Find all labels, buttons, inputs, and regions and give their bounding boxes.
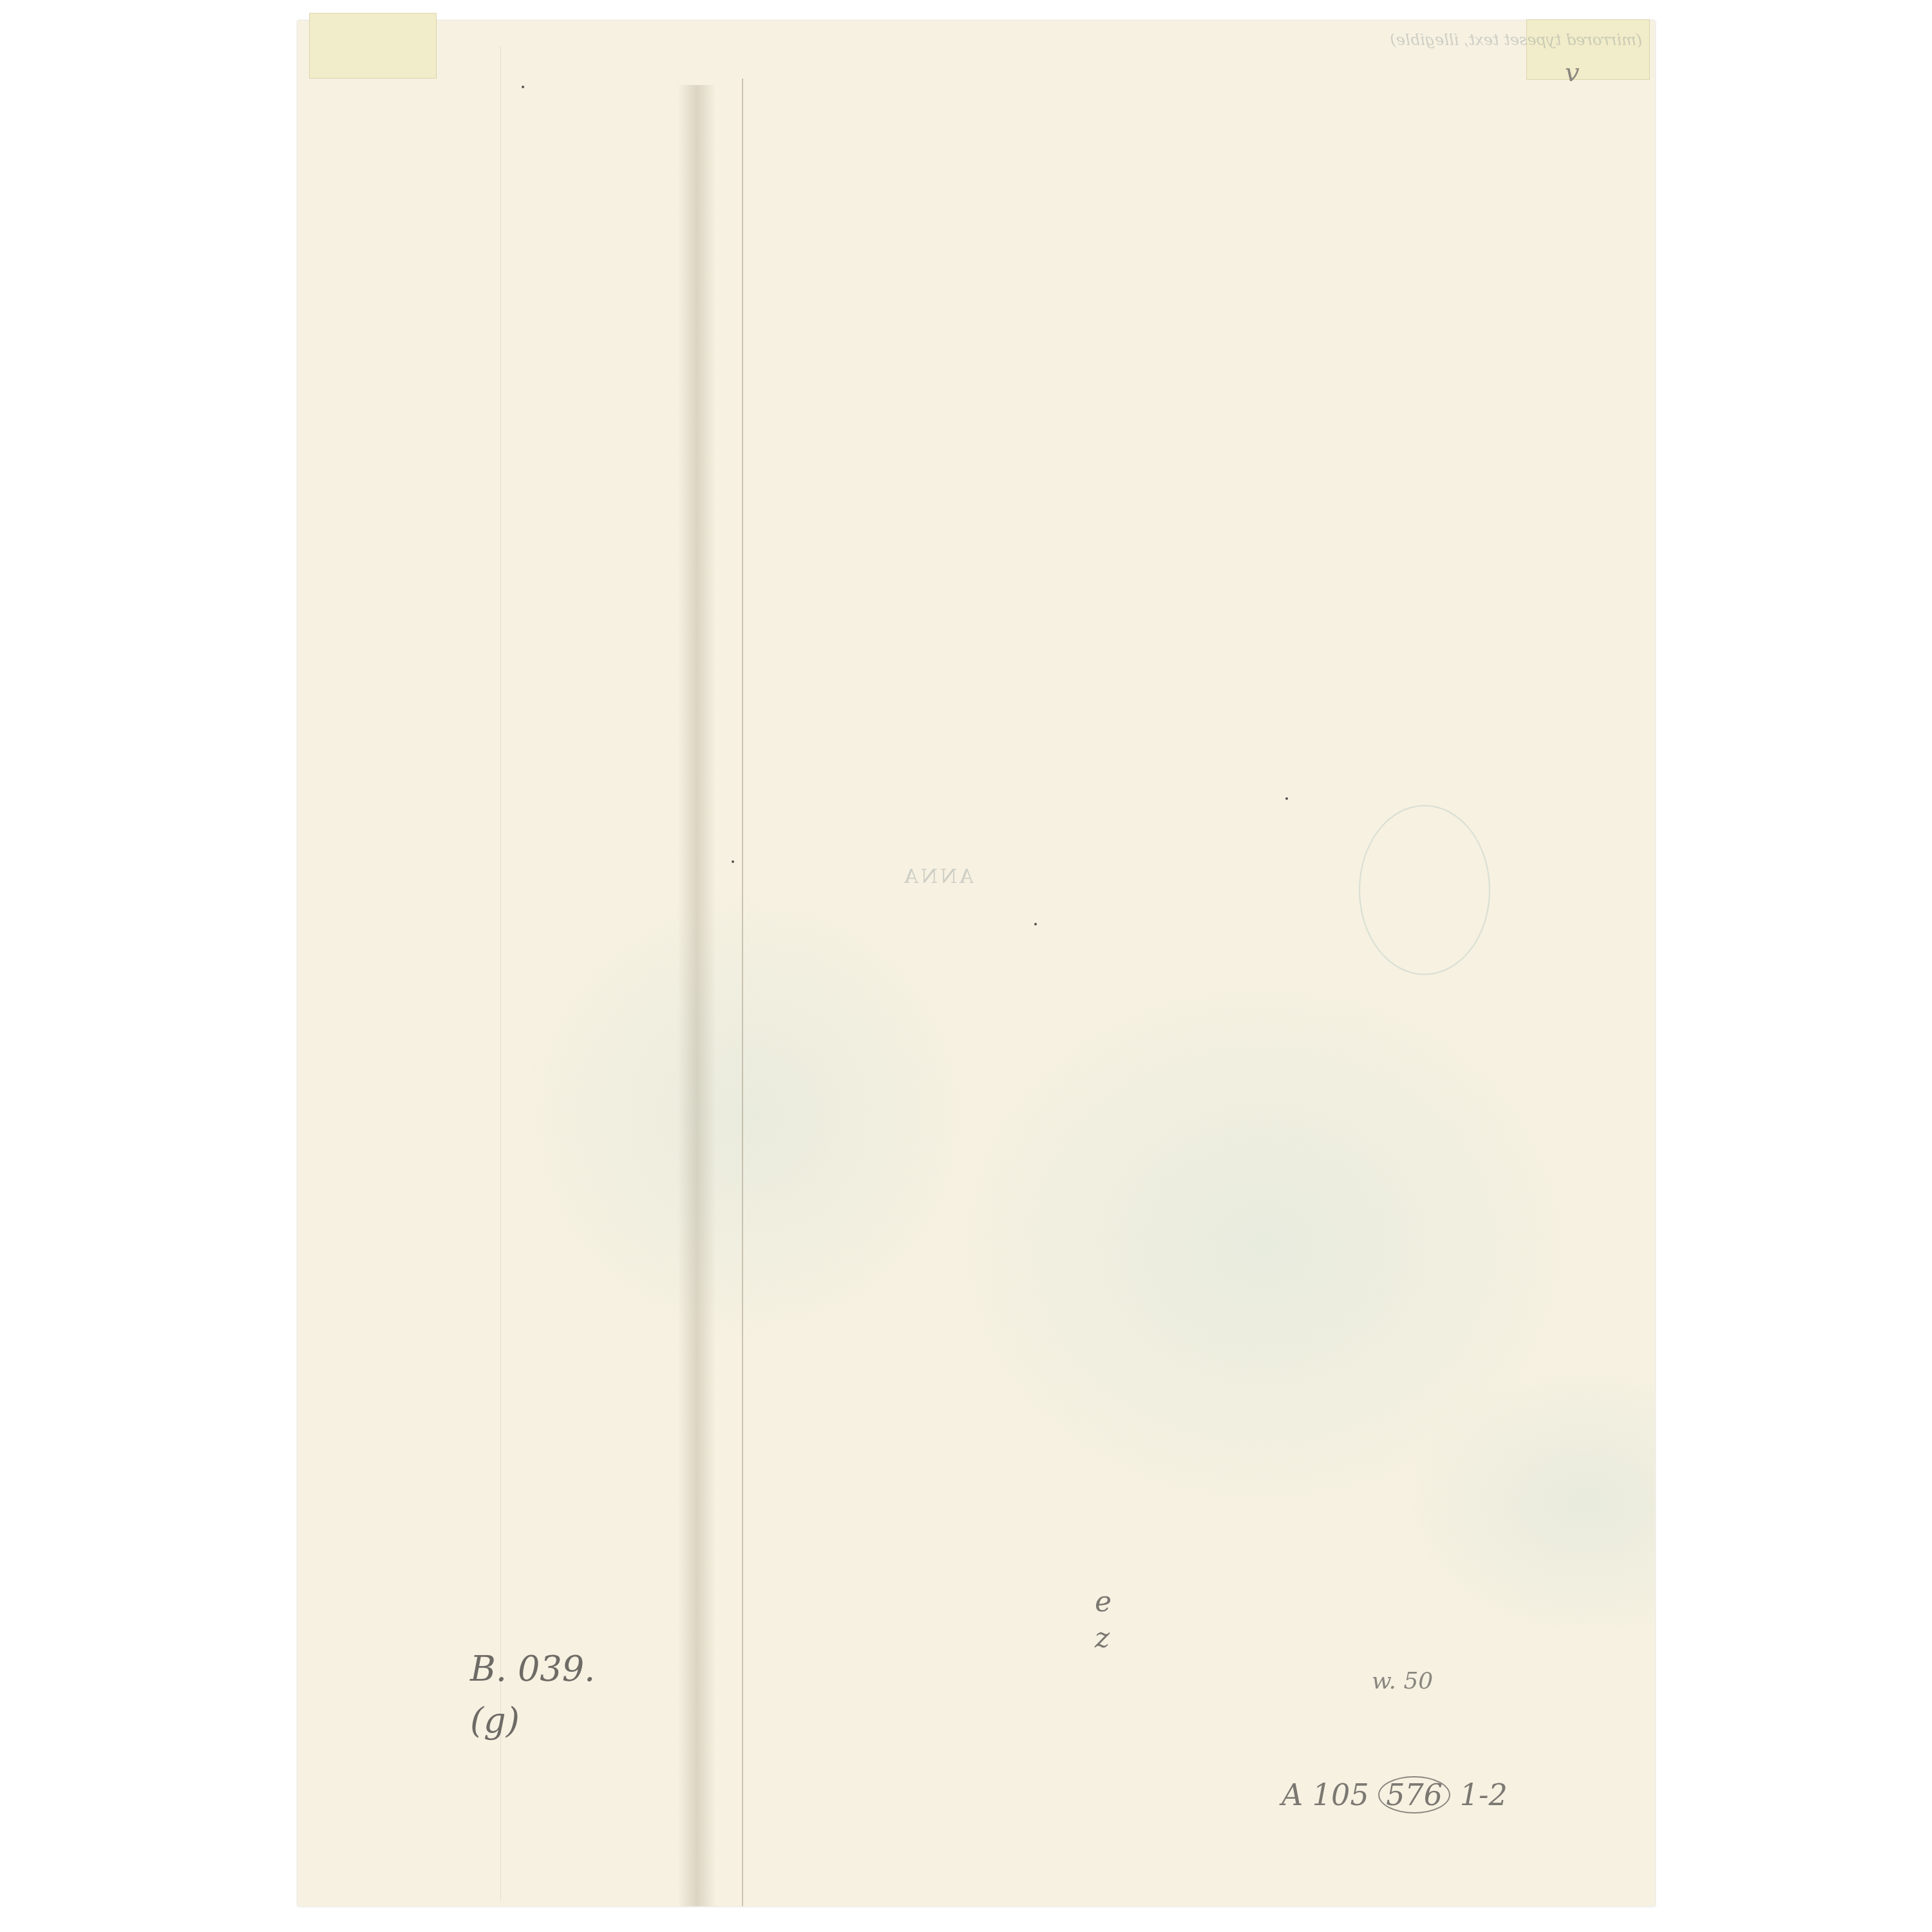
pencil-mark-corner: v bbox=[1565, 58, 1580, 88]
pencil-state-mark: (g) bbox=[470, 1700, 520, 1741]
speck bbox=[1285, 797, 1288, 800]
show-through-text: (mirrored typeset text, illegible) bbox=[515, 26, 1642, 322]
show-through-cartouche bbox=[1359, 805, 1490, 975]
speck bbox=[732, 860, 734, 863]
pencil-catalogue-number: B. 039. bbox=[470, 1649, 595, 1689]
inventory-suffix: 1-2 bbox=[1460, 1777, 1508, 1812]
fold-shadow bbox=[677, 85, 716, 1906]
fold-line bbox=[742, 79, 743, 1906]
inventory-circled-number: 576 bbox=[1378, 1776, 1450, 1814]
speck bbox=[522, 86, 524, 88]
hinge-tape-left bbox=[309, 13, 437, 79]
show-through-title: ANNA bbox=[902, 863, 974, 891]
inventory-prefix: A 105 bbox=[1282, 1777, 1369, 1812]
pencil-inventory-number: A 105 576 1-2 bbox=[1282, 1777, 1508, 1812]
speck bbox=[1034, 923, 1037, 925]
pencil-small-note: w. 50 bbox=[1372, 1668, 1433, 1694]
plate-edge-line bbox=[500, 46, 501, 1901]
pencil-center-marks: e z bbox=[1095, 1584, 1112, 1656]
